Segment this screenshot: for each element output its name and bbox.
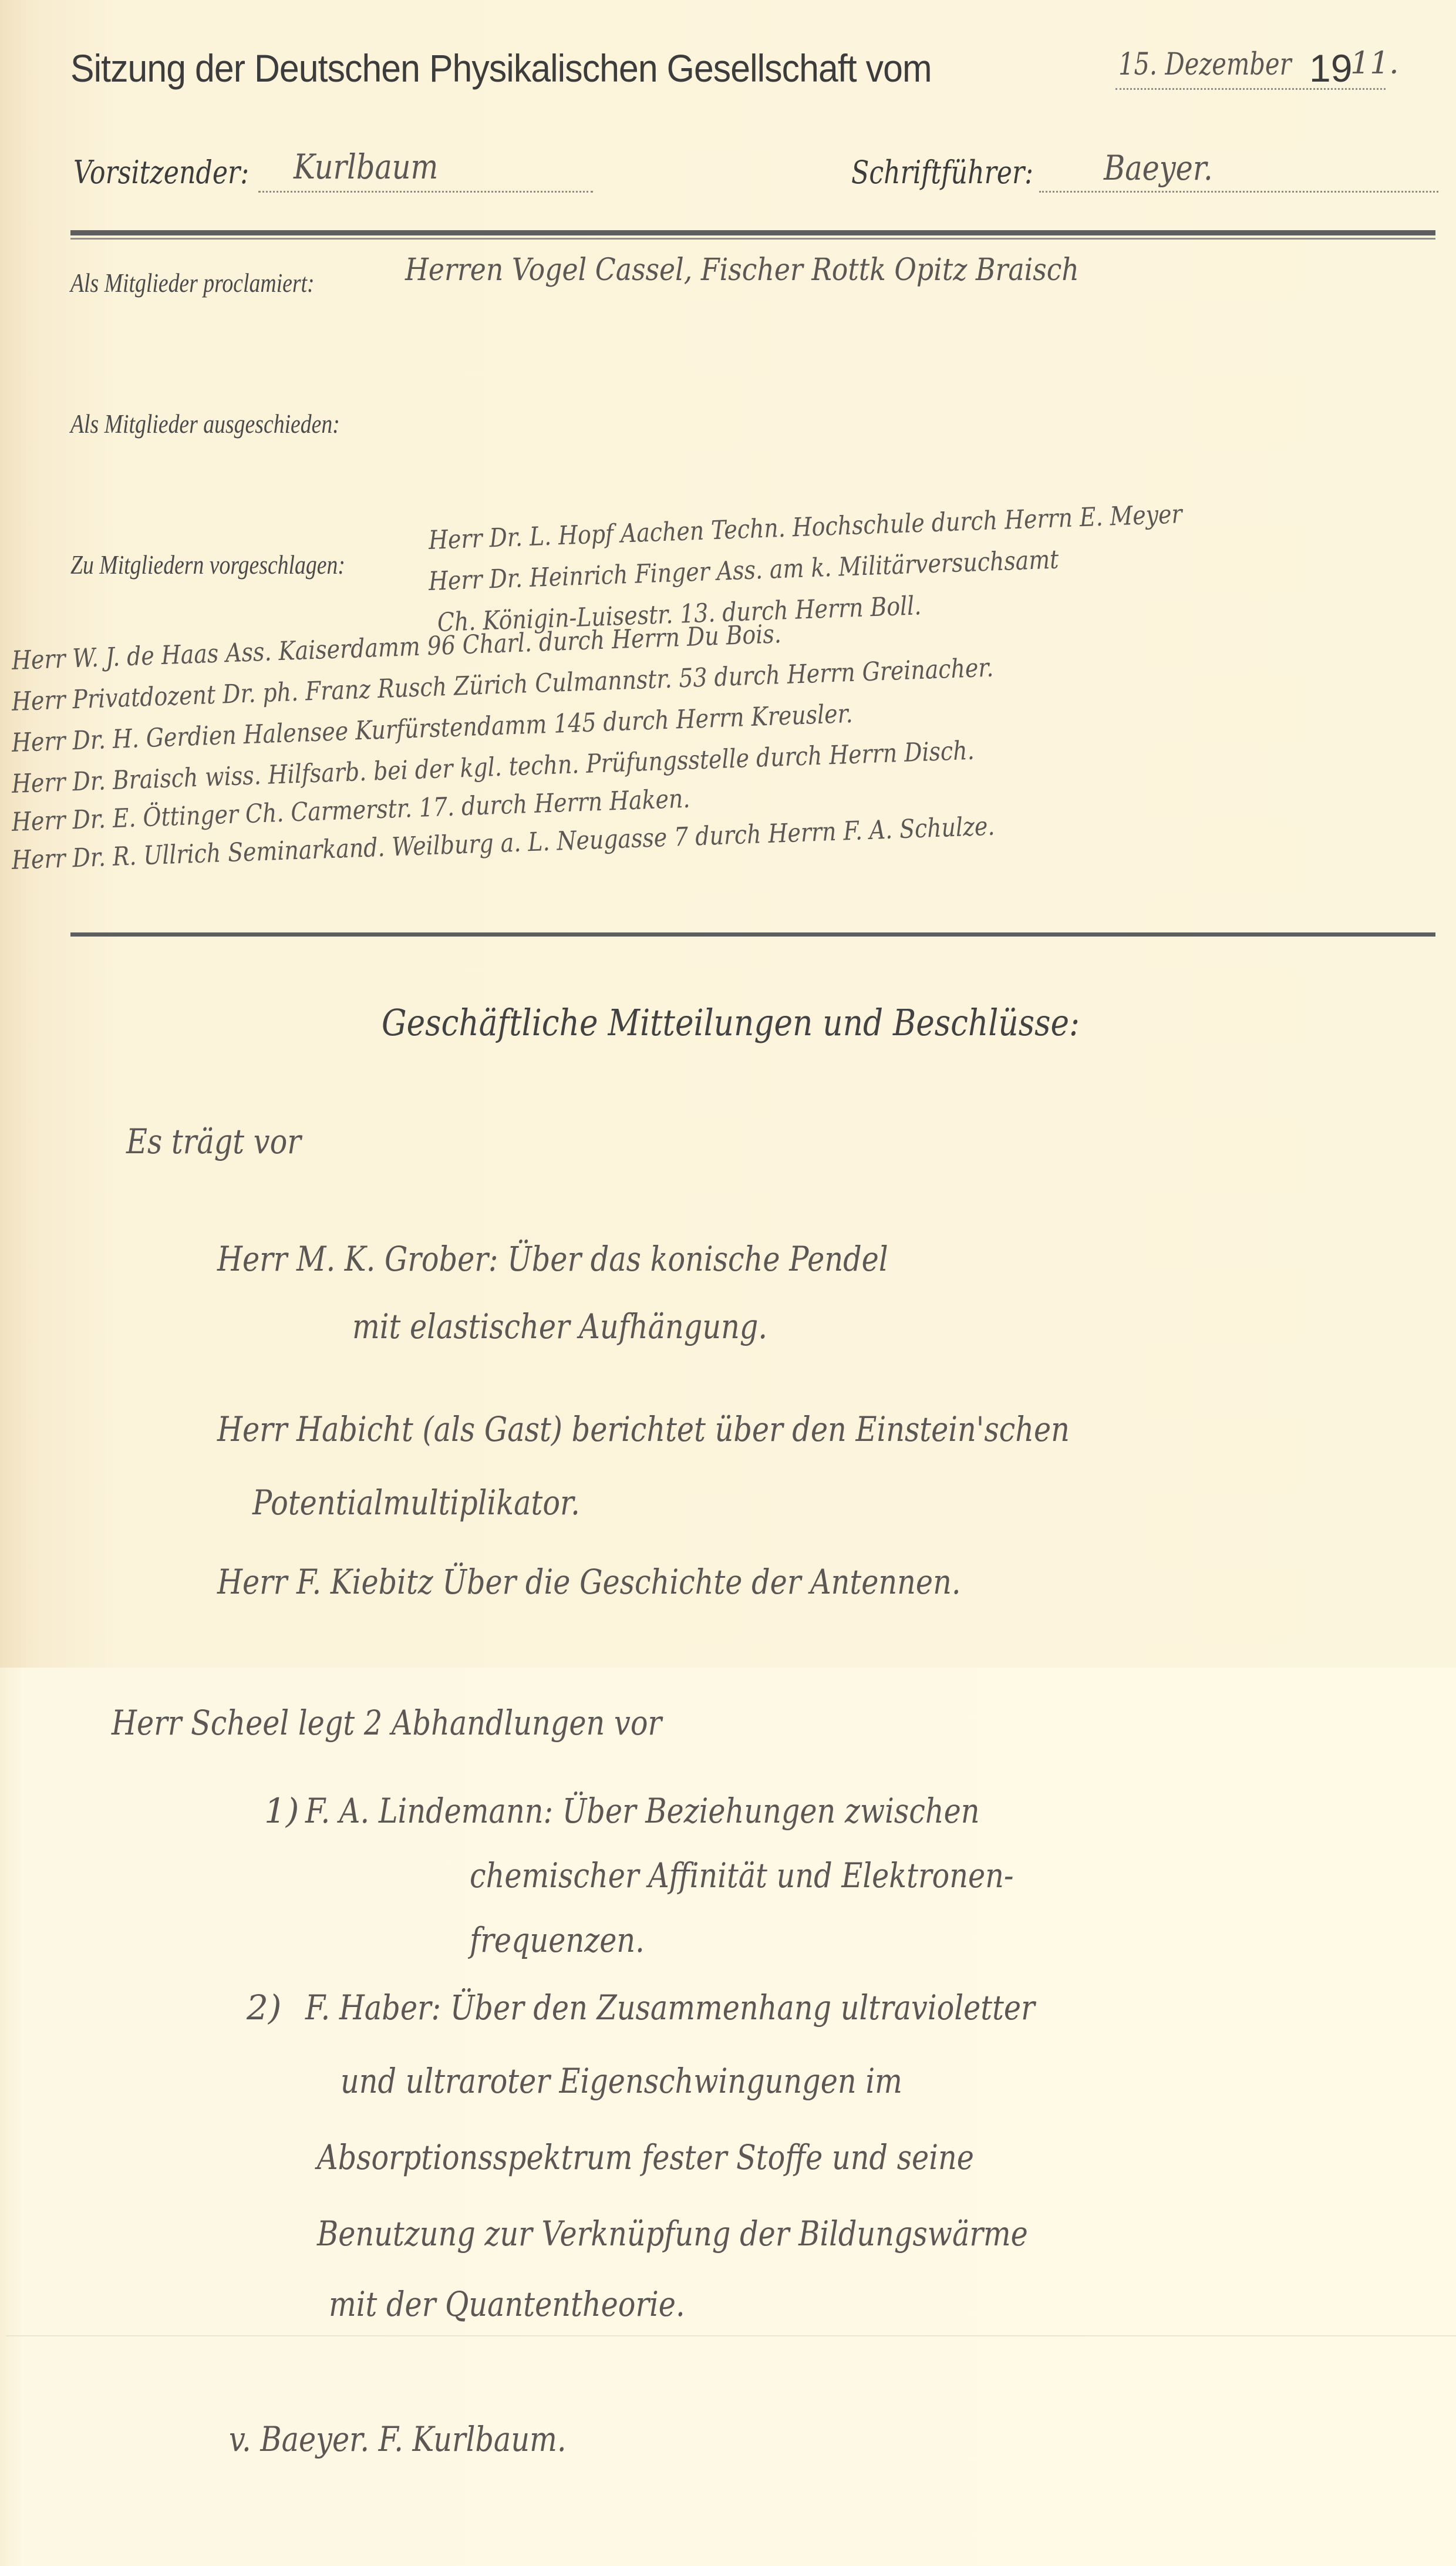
papers-intro: Herr Scheel legt 2 Abhandlungen vor xyxy=(112,1703,662,1743)
section-rule xyxy=(70,932,1435,937)
talk-line: Herr F. Kiebitz Über die Geschichte der … xyxy=(217,1562,961,1602)
business-heading: Geschäftliche Mitteilungen und Beschlüss… xyxy=(382,1001,1080,1044)
paper-line: Benutzung zur Verknüpfung der Bildungswä… xyxy=(317,2214,1028,2254)
secretary-dotted-line xyxy=(1039,191,1438,193)
chair-label: Vorsitzender: xyxy=(73,154,249,191)
paper-number: 1) xyxy=(264,1791,299,1831)
talk-line: mit elastischer Aufhängung. xyxy=(352,1306,767,1346)
secretary-label: Schriftführer: xyxy=(851,154,1033,191)
paper-line: F. A. Lindemann: Über Beziehungen zwisch… xyxy=(305,1791,980,1831)
paper-line: Absorptionsspektrum fester Stoffe und se… xyxy=(317,2137,974,2177)
paper-line: und ultraroter Eigenschwingungen im xyxy=(341,2061,902,2101)
chair-dotted-line xyxy=(258,191,593,193)
year-prefix: 19 xyxy=(1309,46,1352,90)
paper-line: chemischer Affinität und Elektronen- xyxy=(470,1856,1014,1895)
chair-value: Kurlbaum xyxy=(294,147,438,187)
proclaimed-value: Herren Vogel Cassel, Fischer Rottk Opitz… xyxy=(405,252,1079,288)
talk-line: Herr Habicht (als Gast) berichtet über d… xyxy=(217,1409,1070,1449)
year-suffix: 11. xyxy=(1350,46,1399,81)
talk-line: Herr M. K. Grober: Über das konische Pen… xyxy=(217,1239,888,1279)
talk-line: Potentialmultiplikator. xyxy=(252,1483,580,1523)
left-members-label: Als Mitglieder ausgeschieden: xyxy=(70,408,340,439)
talks-intro: Es trägt vor xyxy=(126,1122,301,1161)
page-title: Sitzung der Deutschen Physikalischen Ges… xyxy=(70,46,932,90)
proposed-label: Zu Mitgliedern vorgeschlagen: xyxy=(70,549,345,580)
secretary-value: Baeyer. xyxy=(1104,148,1213,188)
paper-line: mit der Quantentheorie. xyxy=(329,2284,685,2324)
proclaimed-label: Als Mitglieder proclamiert: xyxy=(70,267,315,298)
paper-number: 2) xyxy=(247,1988,282,2028)
paper-line: frequenzen. xyxy=(470,1920,645,1960)
signatures: v. Baeyer. F. Kurlbaum. xyxy=(229,2419,566,2459)
header-rule-thick xyxy=(70,230,1435,235)
faint-page-line xyxy=(6,2335,1456,2336)
header-rule-thin xyxy=(70,238,1435,240)
meeting-date: 15. Dezember xyxy=(1118,47,1291,82)
paper-line: F. Haber: Über den Zusammenhang ultravio… xyxy=(305,1988,1035,2028)
